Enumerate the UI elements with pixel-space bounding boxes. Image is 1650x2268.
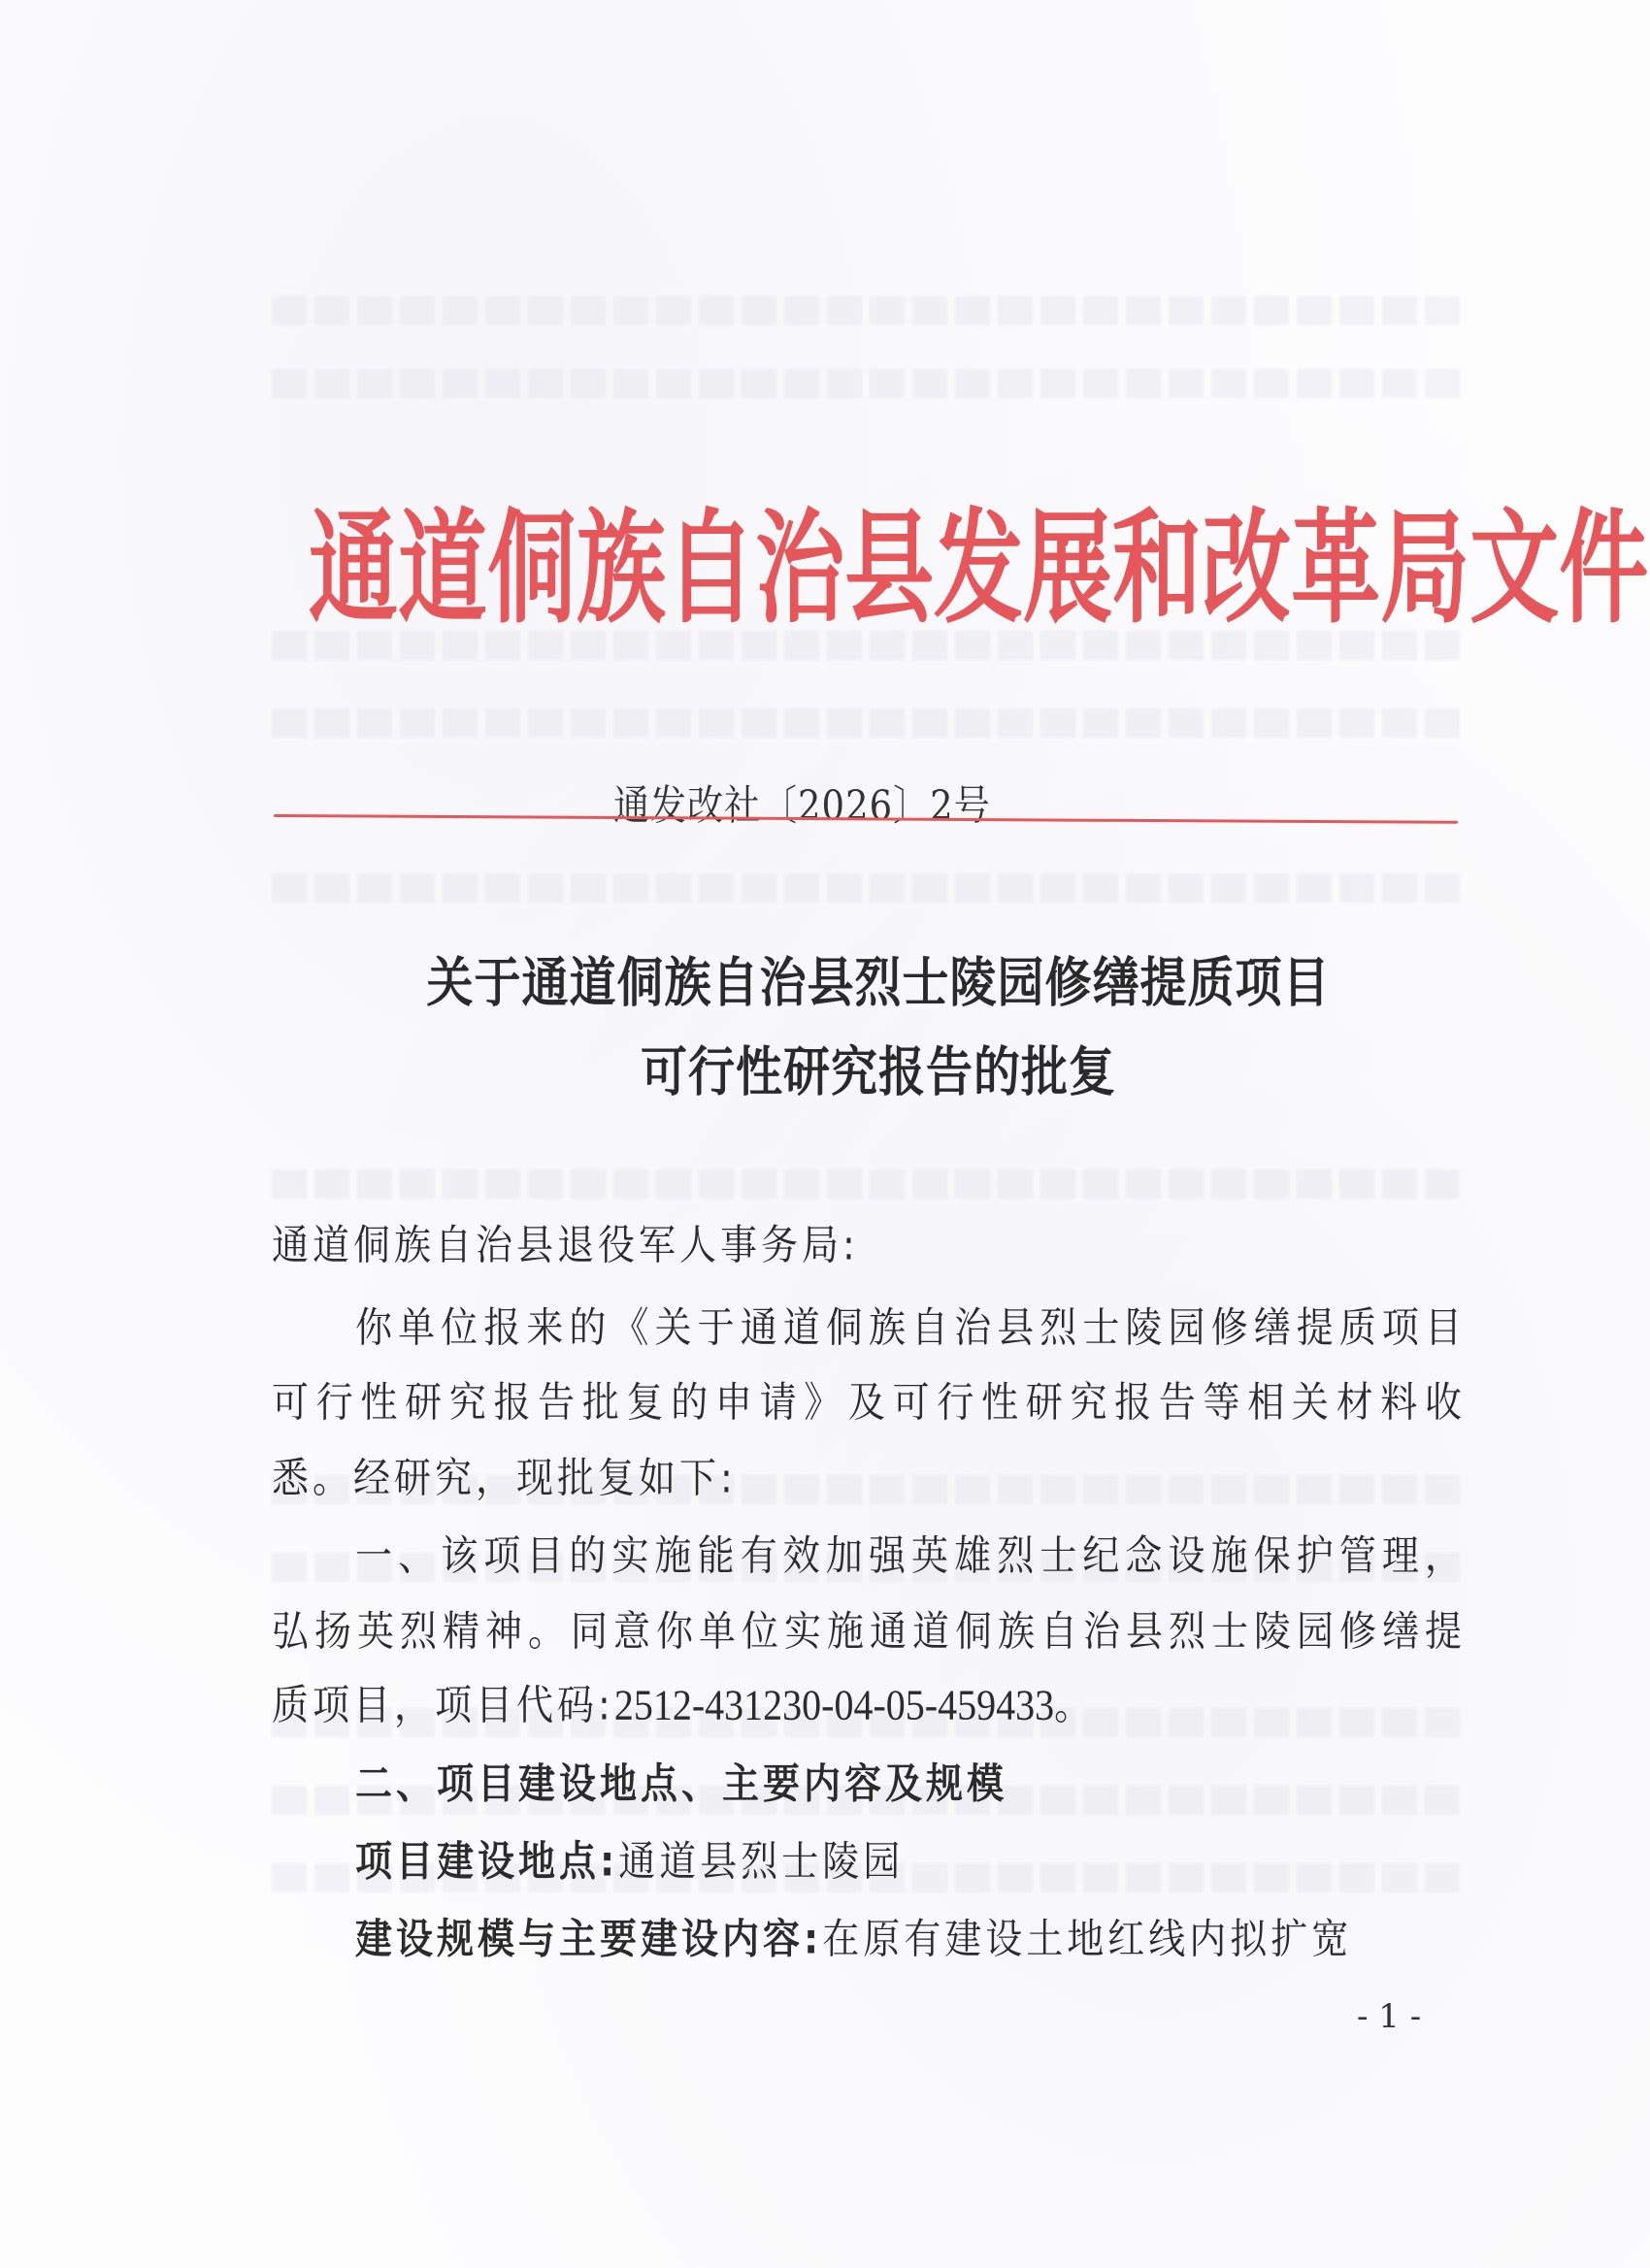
- scope-line: 建设规模与主要建设内容:在原有建设土地红线内拟扩宽: [355, 1905, 1466, 1965]
- document-page: 通 道 侗 族 自 治 县 发 展 和 改 革 局 文 件 通发改社〔2026〕…: [0, 0, 1650, 2268]
- masthead-char: 发: [934, 470, 1023, 646]
- masthead-char: 改: [1202, 470, 1291, 646]
- location-label: 项目建设地点:: [355, 1837, 618, 1885]
- location-line: 项目建设地点:通道县烈士陵园: [355, 1827, 1466, 1888]
- masthead-char: 文: [1469, 470, 1559, 646]
- paragraph-1-line-1: 你单位报来的《关于通道侗族自治县烈士陵园修缮提质项目: [355, 1294, 1466, 1354]
- section-1-line-3: 质项目，项目代码:2512-431230-04-05-459433。: [272, 1671, 1466, 1731]
- masthead-char: 道: [398, 470, 487, 646]
- masthead-char: 侗: [487, 470, 577, 646]
- section-2-heading: 二、项目建设地点、主要内容及规模: [355, 1750, 1466, 1810]
- page-number: - 1 -: [1357, 1997, 1421, 2036]
- masthead-char: 自: [666, 470, 755, 646]
- masthead-char: 展: [1023, 470, 1112, 646]
- project-code-label: 质项目，项目代码:: [272, 1681, 614, 1728]
- period: 。: [1054, 1681, 1095, 1728]
- location-value: 通道县烈士陵园: [618, 1837, 904, 1885]
- masthead-char: 件: [1559, 470, 1648, 646]
- project-code: 2512-431230-04-05-459433: [614, 1680, 1054, 1728]
- show-through-texture: [272, 873, 1466, 903]
- masthead-char: 革: [1291, 470, 1380, 646]
- scope-value: 在原有建设土地红线内拟扩宽: [822, 1915, 1352, 1962]
- masthead-issuer: 通 道 侗 族 自 治 县 发 展 和 改 革 局 文 件: [309, 458, 1435, 659]
- addressee: 通道侗族自治县退役军人事务局:: [272, 1211, 1466, 1271]
- masthead-char: 和: [1112, 470, 1202, 646]
- section-1-line-1: 一、该项目的实施能有效加强英雄烈士纪念设施保护管理，: [355, 1522, 1466, 1582]
- paragraph-1-line-3: 悉。经研究，现批复如下:: [272, 1444, 1466, 1504]
- masthead-char: 局: [1380, 470, 1469, 646]
- document-title-line-1: 关于通道侗族自治县烈士陵园修缮提质项目: [281, 939, 1475, 1016]
- masthead-char: 族: [577, 470, 666, 646]
- masthead-char: 治: [755, 470, 844, 646]
- show-through-texture: [272, 369, 1466, 398]
- document-number: 通发改社〔2026〕2号: [613, 772, 991, 832]
- scope-label: 建设规模与主要建设内容:: [355, 1915, 822, 1962]
- section-1-line-2: 弘扬英烈精神。同意你单位实施通道侗族自治县烈士陵园修缮提: [272, 1597, 1466, 1658]
- document-title-line-2: 可行性研究报告的批复: [281, 1029, 1475, 1105]
- show-through-texture: [272, 1169, 1466, 1199]
- masthead-char: 通: [309, 470, 398, 646]
- show-through-texture: [272, 296, 1466, 325]
- show-through-texture: [272, 708, 1466, 738]
- masthead-char: 县: [844, 470, 934, 646]
- paragraph-1-line-2: 可行性研究报告批复的申请》及可行性研究报告等相关材料收: [272, 1368, 1466, 1429]
